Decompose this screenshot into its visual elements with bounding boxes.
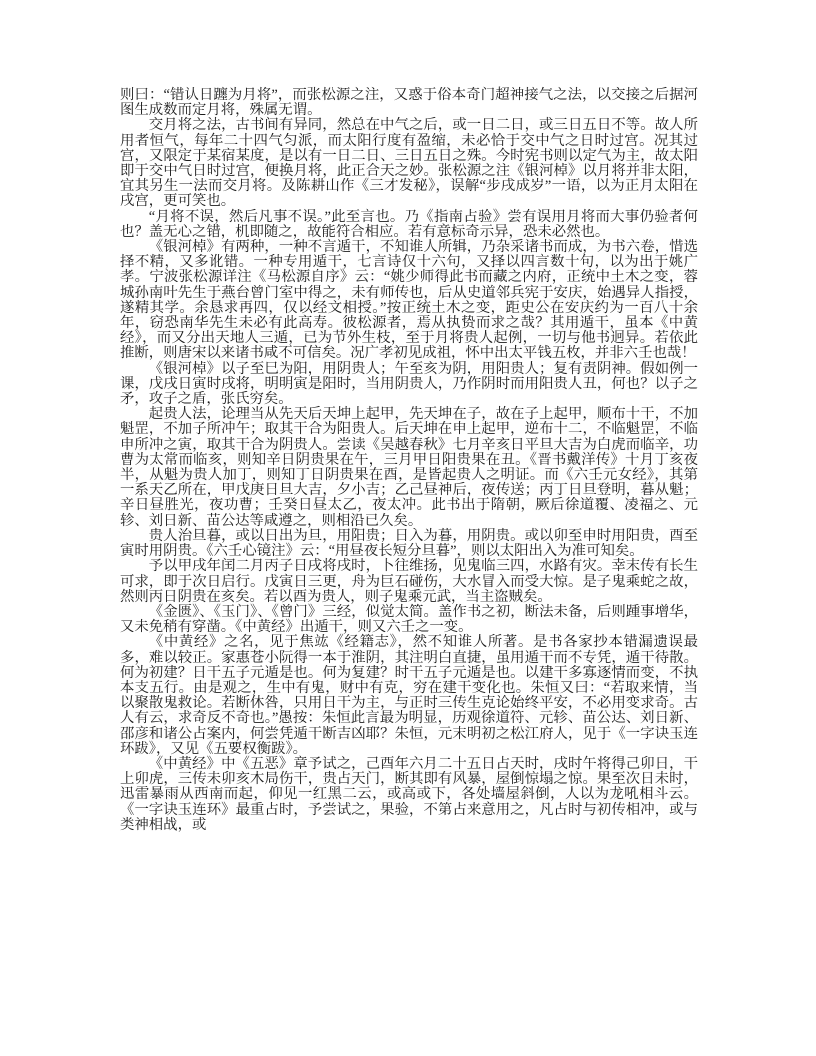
paragraph: “月将不误，然后凡事不误。”此至言也。乃《指南占验》尝有误用月将而大事仍验者何也… xyxy=(120,210,698,240)
paragraph: 予以甲戌年闰二月丙子日戌将戌时，卜往维扬，见鬼临三四，水路有灾。幸末传有长生可求… xyxy=(120,559,698,605)
paragraph: 贵人治旦暮，或以日出为旦，用阳贵；日入为暮，用阴贵。或以卯至申时用阳贵，酉至寅时… xyxy=(120,529,698,559)
document-text: 则曰：“错认日躔为月将”，而张松源之注，又惑于俗本奇门超神接气之法，以交接之后据… xyxy=(120,88,698,833)
paragraph: 《中黄经》中《五恶》章予试之，己酉年六月二十五日占天时，戌时午将得己卯日，干上卯… xyxy=(120,757,698,833)
paragraph: 《金匮》、《玉门》、《曾门》三经，似觉太简。盖作书之初，断法未备，后则踵事增华，… xyxy=(120,605,698,635)
paragraph: 则曰：“错认日躔为月将”，而张松源之注，又惑于俗本奇门超神接气之法，以交接之后据… xyxy=(120,88,698,118)
paragraph: 《银河棹》有两种，一种不言遁干，不知谁人所辑，乃杂采诸书而成，为书六卷，惜选择不… xyxy=(120,240,698,362)
paragraph: 《银河棹》以子至巳为阳，用阴贵人；午至亥为阴，用阳贵人；复有责阴神。假如例一课，… xyxy=(120,362,698,408)
paragraph: 交月将之法，古书间有异同，然总在中气之后，或一日二日，或三日五日不等。故人所用者… xyxy=(120,118,698,209)
document-page: 则曰：“错认日躔为月将”，而张松源之注，又惑于俗本奇门超神接气之法，以交接之后据… xyxy=(0,0,816,1056)
paragraph: 起贵人法，论理当从先天后天坤上起甲，先天坤在子，故在子上起甲，顺布十干，不加魁罡… xyxy=(120,407,698,529)
paragraph: 《中黄经》之名，见于焦竑《经籍志》，然不知谁人所著。是书各家抄本错漏遗误最多，难… xyxy=(120,635,698,757)
